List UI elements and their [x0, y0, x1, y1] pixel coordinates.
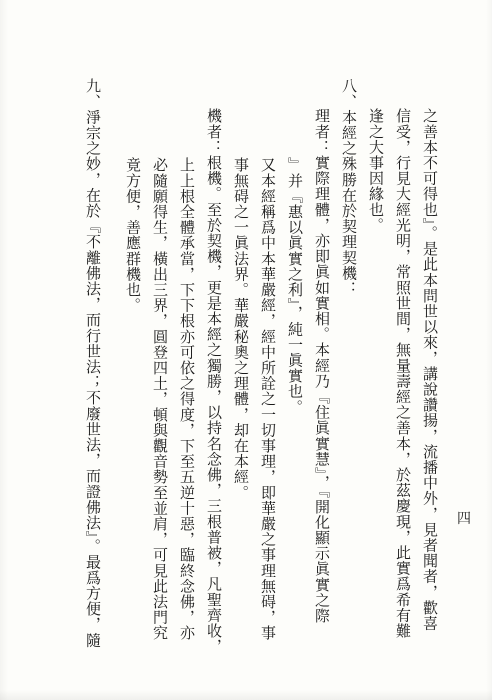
book-page: 之善本不可得也』。是此本問世以來，講說讚揚，流播中外，見者聞者，歡喜 信受，行見…	[0, 0, 492, 700]
text-column-4-section-8-heading: 八、本經之殊勝在於契理契機：	[334, 78, 361, 296]
text-column-9: 機者：根機。至於契機，更是本經之獨勝，以持名念佛，三根普被，凡聖齊收，	[199, 108, 226, 654]
text-block: 之善本不可得也』。是此本問世以來，講說讚揚，流播中外，見者聞者，歡喜 信受，行見…	[78, 78, 442, 654]
text-column-1: 之善本不可得也』。是此本問世以來，講說讚揚，流播中外，見者聞者，歡喜	[415, 108, 442, 631]
text-column-2: 信受，行見大經光明，常照世間，無量壽經之善本，於茲慶現，此實爲希有難	[388, 108, 415, 638]
text-column-12: 竟方便，善應群機也。	[118, 157, 145, 313]
text-column-3: 逢之大事因緣也。	[361, 108, 388, 233]
page-number: 四	[457, 508, 471, 528]
text-column-7: 又本經稱爲中本華嚴經，經中所詮之一切事理，即華嚴之事理無碍，事	[253, 157, 280, 641]
text-column-11: 必隨願得生，橫出三界，圓登四土，頓與觀音勢至並肩，可見此法門究	[145, 157, 172, 641]
text-column-13-section-9-heading: 九、淨宗之妙，在於『不離佛法，而行世法；不廢世法，而證佛法』。最爲方便，隨	[78, 78, 105, 648]
text-column-10: 上上根全體承當，下下根亦可依之得度，下至五逆十惡，臨終念佛，亦	[172, 157, 199, 641]
text-column-6: 』并『惠以眞實之利』，純一眞實也。	[280, 157, 307, 415]
text-column-5: 理者：實際理體，亦即眞如實相。本經乃『住眞實慧』，『開化顯示眞實之際	[307, 108, 334, 623]
text-column-8: 事無碍之一眞法界。華嚴秘奧之理體，却在本經。	[226, 157, 253, 500]
